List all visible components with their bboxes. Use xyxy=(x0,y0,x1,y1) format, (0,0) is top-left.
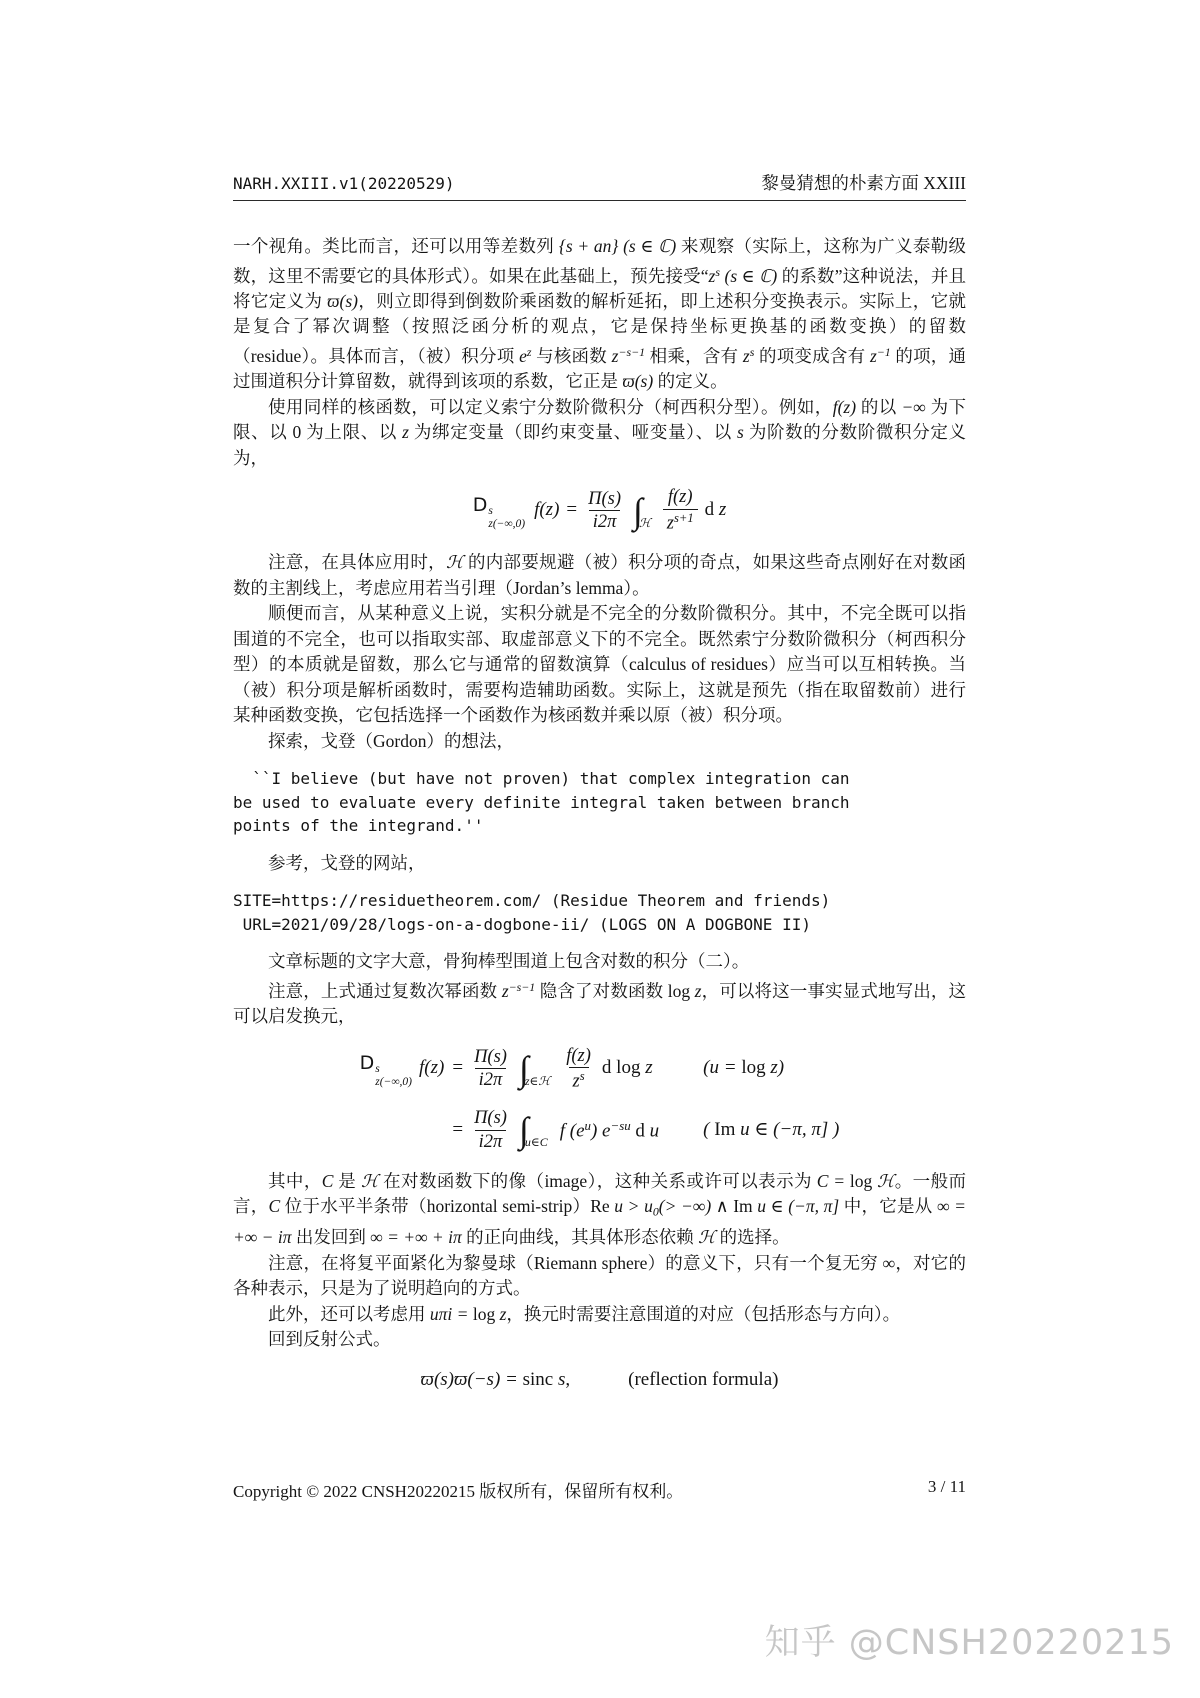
text-run: s xyxy=(580,1069,585,1083)
text-run: 是 xyxy=(333,1171,361,1191)
text-run: u ∈ (−π, π] ) xyxy=(740,1119,839,1140)
formula-label: (reflection formula) xyxy=(628,1369,778,1392)
page-footer: Copyright © 2022 CNSH20220215 版权所有，保留所有权… xyxy=(233,1477,966,1502)
integral-subscript: z∈ℋ xyxy=(525,1074,550,1088)
text-run: 注意，在具体应用时， xyxy=(268,552,446,572)
text-run: log xyxy=(668,981,695,1001)
text-run: u ∈ (−π, π] xyxy=(757,1196,839,1216)
header-title: 黎曼猜想的朴素方面 XXIII xyxy=(761,170,966,195)
integral-sign: ∫z∈ℋ xyxy=(519,1051,554,1087)
text-run: Im xyxy=(733,1196,757,1216)
text-run: −su xyxy=(610,1118,630,1133)
paragraph: 文章标题的文字大意，骨狗棒型围道上包含对数的积分（二）。 xyxy=(233,949,966,975)
fraction-numerator: Π(s) xyxy=(470,1108,511,1130)
text-run: d xyxy=(705,499,719,520)
paragraph: 其中，C 是 ℋ 在对数函数下的像（image），这种关系或许可以表示为 C =… xyxy=(233,1169,966,1251)
text-run: ϖ(s) xyxy=(622,371,653,391)
fraction-denominator: i2π xyxy=(475,1130,507,1153)
section-remarks: 其中，C 是 ℋ 在对数函数下的像（image），这种关系或许可以表示为 C =… xyxy=(233,1169,966,1353)
paragraph: 一个视角。类比而言，还可以用等差数列 {s + an} (s ∈ ℂ) 来观察（… xyxy=(233,234,966,395)
paragraph: 回到反射公式。 xyxy=(233,1327,966,1353)
section-discussion: 注意，在具体应用时，ℋ 的内部要规避（被）积分项的奇点，如果这些奇点刚好在对数函… xyxy=(233,550,966,1029)
text-run: ℋ xyxy=(877,1171,894,1191)
text-run: ℋ xyxy=(698,1227,715,1247)
page-header: NARH.XXIII.v1(20220529) 黎曼猜想的朴素方面 XXIII xyxy=(233,170,966,195)
paragraph: 此外，还可以考虑用 uπi = log z，换元时需要注意围道的对应（包括形态与… xyxy=(233,1302,966,1328)
operator-sub: z(−∞,0) xyxy=(375,1076,412,1089)
text-run: ∞ = +∞ + iπ xyxy=(370,1227,462,1247)
text-run: z xyxy=(743,346,750,366)
fraction-integrand: f(z)zs+1 xyxy=(663,487,698,534)
text-run: ( xyxy=(703,1119,714,1140)
text-run: 为绑定变量（即约束变量、哑变量）、以 xyxy=(409,422,737,442)
text-run: 注意，上式通过复数次幂函数 xyxy=(268,981,502,1001)
fraction-denominator: zs+1 xyxy=(663,509,698,534)
text-run: u > u xyxy=(614,1196,653,1216)
equation-rhs: = Π(s)i2π ∫z∈ℋ f(z)zs d log z xyxy=(452,1046,652,1093)
fraction-denominator: i2π xyxy=(589,510,621,533)
text-run: d log xyxy=(602,1057,645,1078)
operator-scripts: sz(−∞,0) xyxy=(488,505,525,530)
text-run: 顺便而言，从某种意义上说，实积分就是不完全的分数阶微积分。其中，不完全既可以指围… xyxy=(233,603,966,725)
text-run: 回到反射公式。 xyxy=(268,1329,391,1349)
text-run: 注意，在将复平面紧化为黎曼球（Riemann sphere）的意义下，只有一个复… xyxy=(268,1253,883,1273)
monospace-block: ``I believe (but have not proven) that c… xyxy=(233,767,966,838)
d-operator: D xyxy=(360,1052,375,1074)
differential-term: d log z xyxy=(602,1057,653,1080)
formula-line: Dsz(−∞,0) f(z) = Π(s)i2π ∫ℋ f(z)zs+1 d z xyxy=(473,487,727,534)
text-run: 文章标题的文字大意，骨狗棒型围道上包含对数的积分（二）。 xyxy=(268,951,749,971)
paragraph: 注意，在将复平面紧化为黎曼球（Riemann sphere）的意义下，只有一个复… xyxy=(233,1251,966,1302)
text-run: 与核函数 xyxy=(531,346,611,366)
text-run: sinc xyxy=(523,1369,558,1390)
watermark-text: 知乎 @CNSH20220215 xyxy=(765,1615,1174,1665)
d-operator-group: Dsz(−∞,0) xyxy=(473,494,527,527)
formula-reflection: ϖ(s)ϖ(−s) = sinc s, (reflection formula) xyxy=(233,1369,966,1392)
text-run: z xyxy=(719,499,726,520)
paragraph: 注意，在具体应用时，ℋ 的内部要规避（被）积分项的奇点，如果这些奇点刚好在对数函… xyxy=(233,550,966,601)
integral-subscript: ℋ xyxy=(639,516,651,530)
text-run: ，换元时需要注意围道的对应（包括形态与方向）。 xyxy=(506,1304,900,1324)
text-run: 位于水平半条带（horizontal semi-strip） xyxy=(280,1196,590,1216)
text-run: log xyxy=(741,1057,770,1078)
integral-sign: ∫ℋ xyxy=(633,493,655,529)
formula-line: ϖ(s)ϖ(−s) = sinc s, (reflection formula) xyxy=(421,1369,779,1392)
text-run: −s−1 xyxy=(618,345,645,359)
text-run: (u = xyxy=(703,1057,741,1078)
fraction-numerator: Π(s) xyxy=(470,1047,511,1069)
text-run: uπi = xyxy=(430,1304,473,1324)
text-run: 隐含了对数函数 xyxy=(535,981,668,1001)
fraction-numerator: Π(s) xyxy=(584,489,625,511)
text-run: 一个视角。类比而言，还可以用等差数列 xyxy=(233,236,559,256)
text-run: z xyxy=(645,1057,652,1078)
differential-term: d z xyxy=(705,499,727,522)
function-fz: f(z) xyxy=(534,499,559,522)
text-run: −s−1 xyxy=(509,980,536,994)
text-run: z xyxy=(667,513,674,533)
text-run: 中，它是从 xyxy=(839,1196,937,1216)
text-run: 在对数函数下的像（image），这种关系或许可以表示为 xyxy=(378,1171,816,1191)
d-operator-group: Dsz(−∞,0) xyxy=(360,1052,414,1085)
operator-scripts: sz(−∞,0) xyxy=(375,1063,412,1088)
text-run: 使用同样的核函数，可以定义索宁分数阶微积分（柯西积分型）。例如， xyxy=(268,397,833,417)
text-run: 参考，戈登的网站， xyxy=(268,853,426,873)
paragraph: 顺便而言，从某种意义上说，实积分就是不完全的分数阶微积分。其中，不完全既可以指围… xyxy=(233,601,966,729)
text-run: 的以 xyxy=(856,397,901,417)
integral-subscript: u∈C xyxy=(525,1135,548,1149)
equals-sign: = xyxy=(452,1057,463,1080)
side-condition: ( Im u ∈ (−π, π] ) xyxy=(667,1119,839,1142)
operator-sub: z(−∞,0) xyxy=(488,518,525,531)
copyright-text: Copyright © 2022 CNSH20220215 版权所有，保留所有权… xyxy=(233,1477,683,1502)
text-run: 其中， xyxy=(268,1171,322,1191)
fraction-pi-factor: Π(s)i2π xyxy=(584,489,625,533)
text-run: s+1 xyxy=(674,511,694,525)
text-run: −∞ xyxy=(902,397,926,417)
aligned-equations: Dsz(−∞,0) f(z) = Π(s)i2π ∫z∈ℋ f(z)zs d l… xyxy=(360,1046,840,1153)
text-run: u xyxy=(650,1120,660,1141)
text-run: 出发回到 xyxy=(291,1227,370,1247)
text-run: (reflection formula) xyxy=(628,1369,778,1390)
formula-log-substitution: Dsz(−∞,0) f(z) = Π(s)i2π ∫z∈ℋ f(z)zs d l… xyxy=(233,1046,966,1153)
text-run: C = xyxy=(817,1171,850,1191)
text-run: 的选择。 xyxy=(715,1227,789,1247)
text-run: log xyxy=(850,1171,877,1191)
integrand-expression: f (eu) e−su d u xyxy=(560,1118,659,1143)
text-run: , xyxy=(565,1369,570,1390)
header-rule xyxy=(233,200,966,201)
paragraph: 使用同样的核函数，可以定义索宁分数阶微积分（柯西积分型）。例如，f(z) 的以 … xyxy=(233,395,966,472)
fraction-denominator: i2π xyxy=(475,1068,507,1091)
text-run: C xyxy=(268,1196,280,1216)
text-run: (s ∈ ℂ) xyxy=(720,265,777,285)
reflection-equation: ϖ(s)ϖ(−s) = sinc s, xyxy=(421,1369,571,1392)
equals-sign: = xyxy=(566,499,577,522)
text-run: −1 xyxy=(877,345,891,359)
text-run: d xyxy=(631,1120,650,1141)
section-intro: 一个视角。类比而言，还可以用等差数列 {s + an} (s ∈ ℂ) 来观察（… xyxy=(233,234,966,471)
operator-sup: s xyxy=(375,1063,379,1076)
d-operator: D xyxy=(473,494,488,516)
fraction-integrand: f(z)zs xyxy=(562,1046,595,1093)
text-run: z xyxy=(402,422,409,442)
paragraph: 参考，戈登的网站， xyxy=(233,851,966,877)
text-run: {s + an} (s ∈ ℂ) xyxy=(559,236,676,256)
page-number: 3 / 11 xyxy=(928,1477,966,1502)
text-run: ϖ(s)ϖ(−s) = xyxy=(421,1369,523,1390)
text-run: 此外，还可以考虑用 xyxy=(268,1304,430,1324)
integral-sign: ∫u∈C xyxy=(519,1112,552,1148)
text-run: 相乘，含有 xyxy=(645,346,743,366)
equals-sign: = xyxy=(452,1119,463,1142)
text-run: z xyxy=(573,1072,580,1092)
text-run: f (e xyxy=(560,1120,585,1141)
text-run: ) e xyxy=(591,1120,611,1141)
text-run: z xyxy=(870,346,877,366)
fraction-numerator: f(z) xyxy=(562,1046,595,1068)
text-run: log xyxy=(473,1304,500,1324)
monospace-block: SITE=https://residuetheorem.com/ (Residu… xyxy=(233,889,966,936)
header-doc-id: NARH.XXIII.v1(20220529) xyxy=(233,174,455,193)
text-run: ℋ xyxy=(446,552,463,572)
text-run: Re xyxy=(590,1196,614,1216)
text-run: z) xyxy=(770,1057,784,1078)
text-run: s xyxy=(737,422,744,442)
text-run: 探索，戈登（Gordon）的想法， xyxy=(268,731,514,751)
text-run: ℋ xyxy=(361,1171,378,1191)
fraction-pi-factor: Π(s)i2π xyxy=(470,1047,511,1091)
paragraph: 探索，戈登（Gordon）的想法， xyxy=(233,729,966,755)
paragraph: 注意，上式通过复数次幂函数 z−s−1 隐含了对数函数 log z，可以将这一事… xyxy=(233,975,966,1030)
fraction-denominator: zs xyxy=(569,1067,589,1092)
equation-lhs: Dsz(−∞,0) f(z) xyxy=(360,1052,445,1085)
text-run: C xyxy=(322,1171,334,1191)
formula-sonin-definition: Dsz(−∞,0) f(z) = Π(s)i2π ∫ℋ f(z)zs+1 d z xyxy=(233,487,966,534)
text-run: z xyxy=(502,981,509,1001)
text-run: Im xyxy=(714,1119,740,1140)
text-run: (> −∞) ∧ xyxy=(659,1196,733,1216)
fraction-numerator: f(z) xyxy=(664,487,697,509)
function-fz: f(z) xyxy=(419,1057,444,1080)
equation-rhs: = Π(s)i2π ∫u∈C f (eu) e−su d u xyxy=(452,1108,659,1152)
fraction-pi-factor: Π(s)i2π xyxy=(470,1108,511,1152)
document-body: 一个视角。类比而言，还可以用等差数列 {s + an} (s ∈ ℂ) 来观察（… xyxy=(233,234,966,1392)
text-run: 的正向曲线，其具体形态依赖 xyxy=(462,1227,698,1247)
text-run: ∞ xyxy=(883,1253,895,1273)
text-run: ϖ(s) xyxy=(327,291,358,311)
text-run: e xyxy=(519,346,527,366)
text-run: f(z) xyxy=(833,397,856,417)
document-page: NARH.XXIII.v1(20220529) 黎曼猜想的朴素方面 XXIII … xyxy=(0,0,1200,1698)
text-run: 的定义。 xyxy=(653,371,727,391)
operator-sup: s xyxy=(488,505,492,518)
side-condition: (u = log z) xyxy=(667,1057,784,1080)
text-run: 的项变成含有 xyxy=(754,346,870,366)
